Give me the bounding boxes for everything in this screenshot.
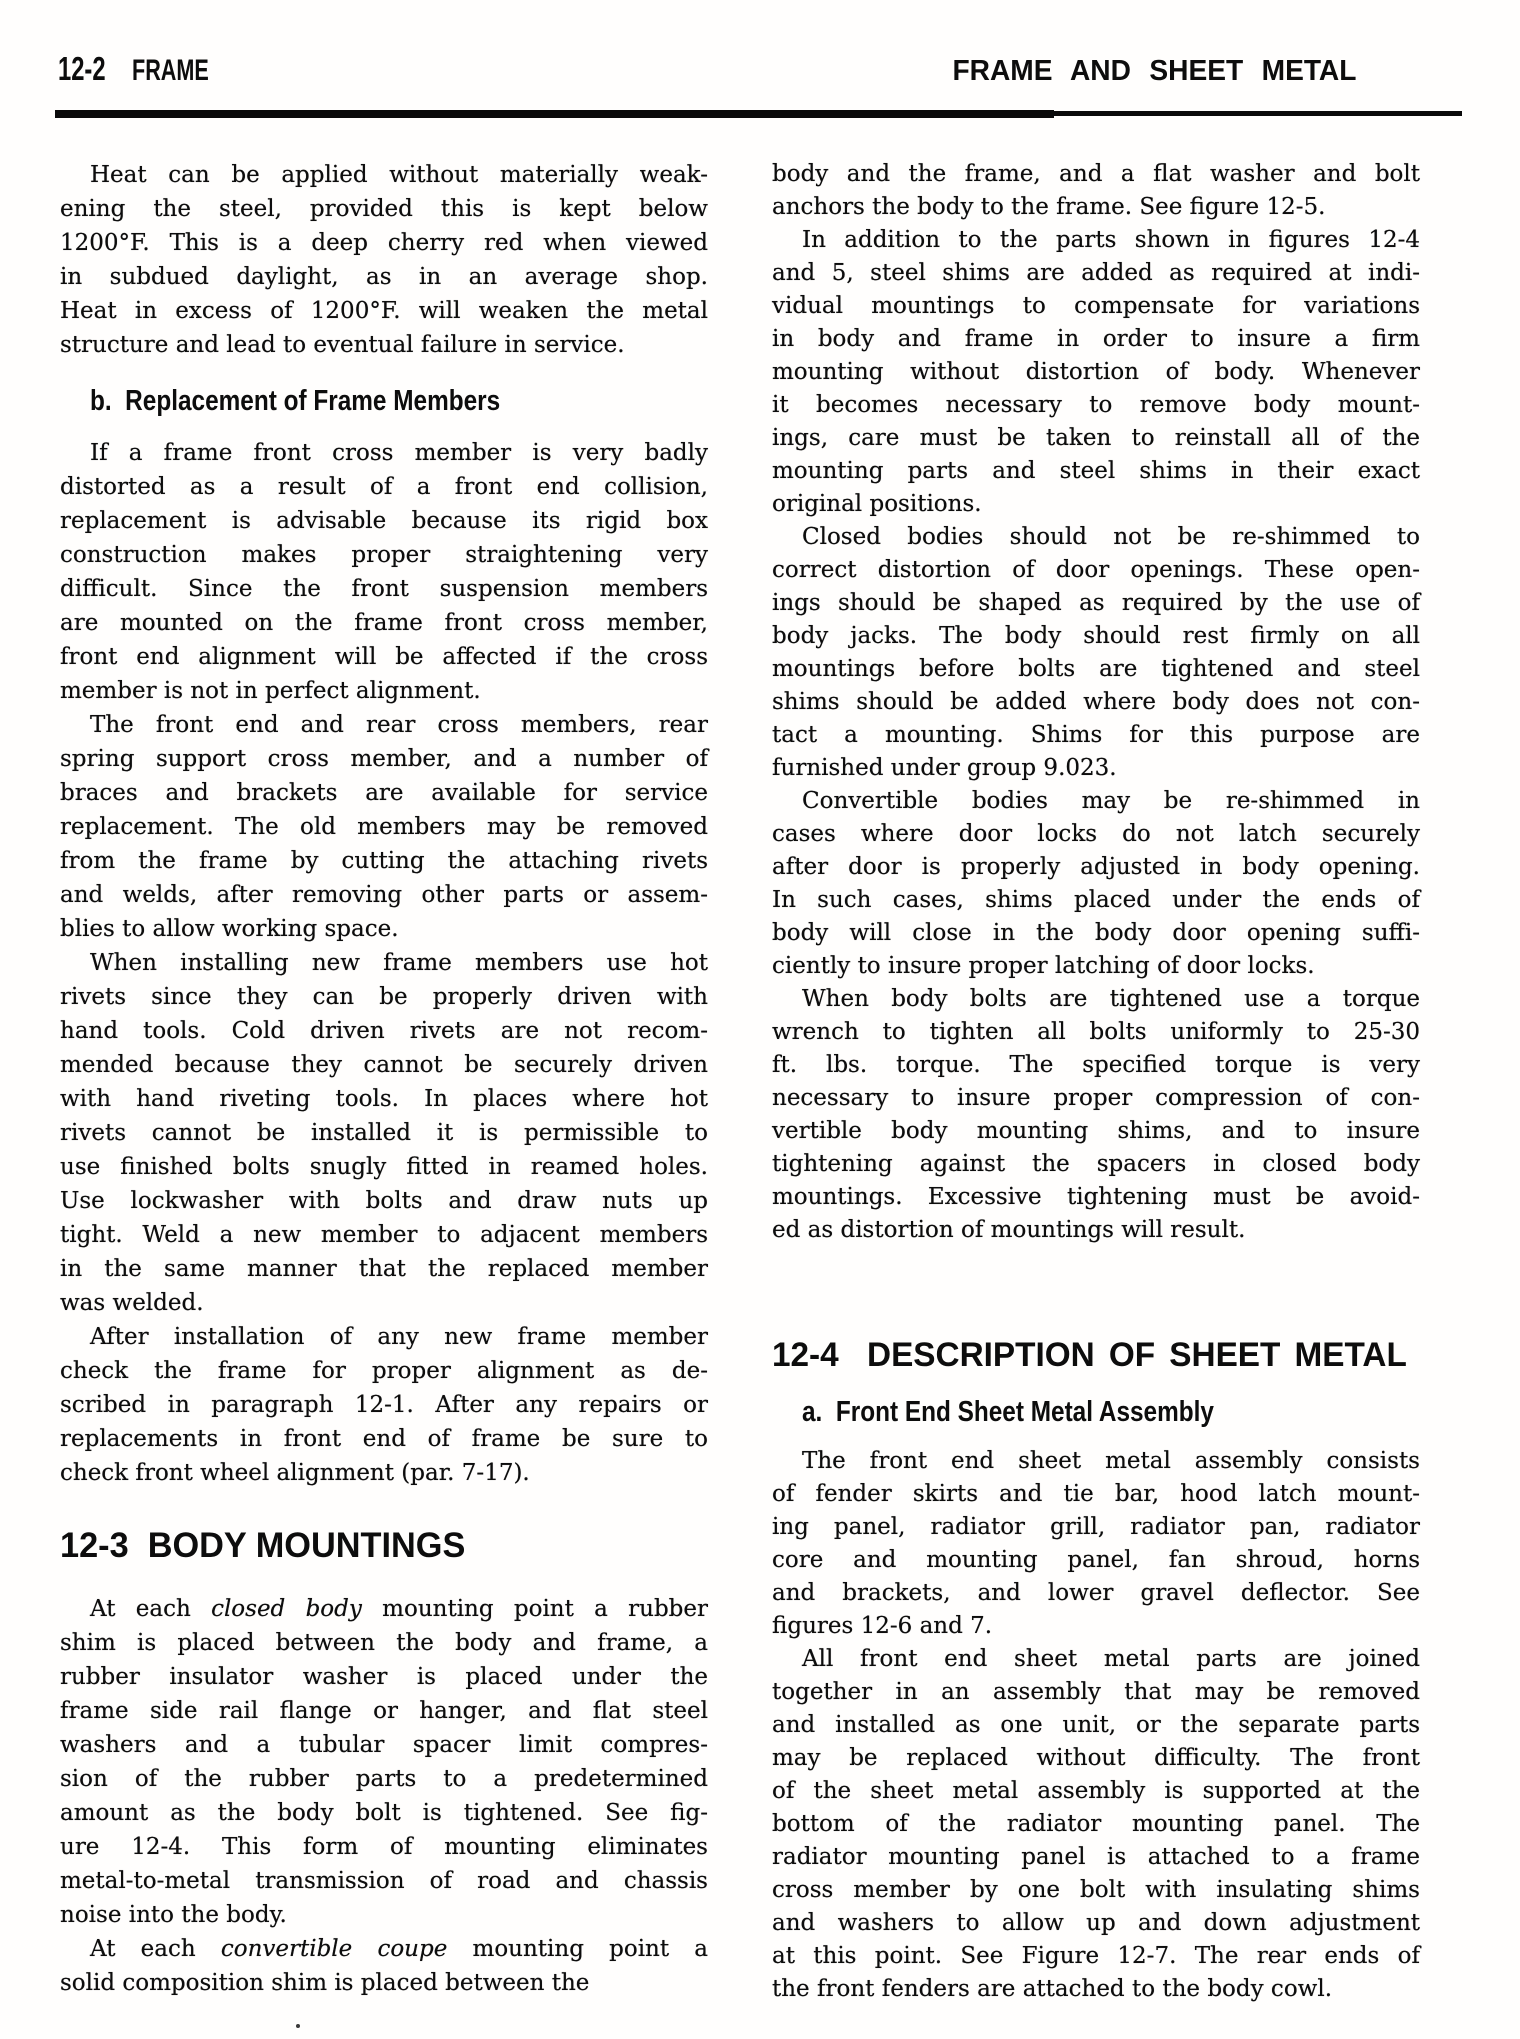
paragraph: The front end sheet metal assembly consi… xyxy=(772,1445,1420,1643)
text-line: ening the steel, provided this is kept b… xyxy=(60,192,708,226)
paragraph: When installing new frame members use ho… xyxy=(60,946,708,1320)
text-line: After installation of any new frame memb… xyxy=(60,1320,708,1354)
text-line: together in an assembly that may be remo… xyxy=(772,1676,1420,1709)
text-line: 1200°F. This is a deep cherry red when v… xyxy=(60,226,708,260)
page-section-number: 12-2 xyxy=(58,52,106,86)
text-line: from the frame by cutting the attaching … xyxy=(60,844,708,878)
text-line: radiator mounting panel is attached to a… xyxy=(772,1841,1420,1874)
text-line: wrench to tighten all bolts uniformly to… xyxy=(772,1016,1420,1049)
text-line: member is not in perfect alignment. xyxy=(60,674,708,708)
manual-page: 12-2 FRAME FRAME AND SHEET METAL Heat ca… xyxy=(0,0,1520,2039)
text-line: tight. Weld a new member to adjacent mem… xyxy=(60,1218,708,1252)
text-line: At each closed body mounting point a rub… xyxy=(60,1592,708,1626)
text-line: and installed as one unit, or the separa… xyxy=(772,1709,1420,1742)
text-line: in subdued daylight, as in an average sh… xyxy=(60,260,708,294)
text-line: solid composition shim is placed between… xyxy=(60,1966,708,2000)
text-line: with hand riveting tools. In places wher… xyxy=(60,1082,708,1116)
paragraph: All front end sheet metal parts are join… xyxy=(772,1643,1420,2006)
paragraph: Closed bodies should not be re-shimmed t… xyxy=(772,521,1420,785)
paragraph: In addition to the parts shown in figure… xyxy=(772,224,1420,521)
paragraph: Heat can be applied without materially w… xyxy=(60,158,708,362)
text-line: cases where door locks do not latch secu… xyxy=(772,818,1420,851)
text-line: body and the frame, and a flat washer an… xyxy=(772,158,1420,191)
text-line: body jacks. The body should rest firmly … xyxy=(772,620,1420,653)
header-rule-thin-segment xyxy=(1040,111,1462,116)
text-line: frame side rail flange or hanger, and fl… xyxy=(60,1694,708,1728)
text-line: At each convertible coupe mounting point… xyxy=(60,1932,708,1966)
text-line: ft. lbs. torque. The specified torque is… xyxy=(772,1049,1420,1082)
text-line: necessary to insure proper compression o… xyxy=(772,1082,1420,1115)
text-line: The front end sheet metal assembly consi… xyxy=(772,1445,1420,1478)
text-line: body will close in the body door opening… xyxy=(772,917,1420,950)
paragraph: If a frame front cross member is very ba… xyxy=(60,436,708,708)
italic-phrase: convertible coupe xyxy=(221,1936,448,1962)
text-line: bottom of the radiator mounting panel. T… xyxy=(772,1808,1420,1841)
text-line: Heat in excess of 1200°F. will weaken th… xyxy=(60,294,708,328)
text-line: construction makes proper straightening … xyxy=(60,538,708,572)
text-line: tightening against the spacers in closed… xyxy=(772,1148,1420,1181)
paragraph: Convertible bodies may be re-shimmed inc… xyxy=(772,785,1420,983)
text-line: the front fenders are attached to the bo… xyxy=(772,1973,1420,2006)
text-line: ciently to insure proper latching of doo… xyxy=(772,950,1420,983)
text-line: in body and frame in order to insure a f… xyxy=(772,323,1420,356)
text-line: it becomes necessary to remove body moun… xyxy=(772,389,1420,422)
chapter-running-title: FRAME AND SHEET METAL xyxy=(952,54,1356,88)
text-line: are mounted on the frame front cross mem… xyxy=(60,606,708,640)
text-line: shims should be added where body does no… xyxy=(772,686,1420,719)
text-line: may be replaced without difficulty. The … xyxy=(772,1742,1420,1775)
text-line: tact a mounting. Shims for this purpose … xyxy=(772,719,1420,752)
paragraph: The front end and rear cross members, re… xyxy=(60,708,708,946)
text-line: and brackets, and lower gravel deflector… xyxy=(772,1577,1420,1610)
text-line: spring support cross member, and a numbe… xyxy=(60,742,708,776)
text-line: core and mounting panel, fan shroud, hor… xyxy=(772,1544,1420,1577)
text-line: structure and lead to eventual failure i… xyxy=(60,328,708,362)
text-line: rivets cannot be installed it is permiss… xyxy=(60,1116,708,1150)
text-line: use finished bolts snugly fitted in ream… xyxy=(60,1150,708,1184)
text-line: mounting parts and steel shims in their … xyxy=(772,455,1420,488)
text-line: sion of the rubber parts to a predetermi… xyxy=(60,1762,708,1796)
text-line: figures 12-6 and 7. xyxy=(772,1610,1420,1643)
text-line: anchors the body to the frame. See figur… xyxy=(772,191,1420,224)
subsection-heading: b. Replacement of Frame Members xyxy=(90,386,609,416)
text-line: rubber insulator washer is placed under … xyxy=(60,1660,708,1694)
text-line: ure 12-4. This form of mounting eliminat… xyxy=(60,1830,708,1864)
text-line: The front end and rear cross members, re… xyxy=(60,708,708,742)
text-line: was welded. xyxy=(60,1286,708,1320)
text-line: and welds, after removing other parts or… xyxy=(60,878,708,912)
text-line: difficult. Since the front suspension me… xyxy=(60,572,708,606)
text-line: front end alignment will be affected if … xyxy=(60,640,708,674)
text-line: In addition to the parts shown in figure… xyxy=(772,224,1420,257)
text-line: All front end sheet metal parts are join… xyxy=(772,1643,1420,1676)
section-heading: 12-4 DESCRIPTION OF SHEET METAL xyxy=(772,1337,1407,1373)
text-line: mended because they cannot be securely d… xyxy=(60,1048,708,1082)
text-line: of the sheet metal assembly is supported… xyxy=(772,1775,1420,1808)
text-line: vertible body mounting shims, and to ins… xyxy=(772,1115,1420,1148)
text-line: braces and brackets are available for se… xyxy=(60,776,708,810)
text-line: If a frame front cross member is very ba… xyxy=(60,436,708,470)
text-line: When body bolts are tightened use a torq… xyxy=(772,983,1420,1016)
text-line: ings should be shaped as required by the… xyxy=(772,587,1420,620)
text-line: In such cases, shims placed under the en… xyxy=(772,884,1420,917)
text-line: blies to allow working space. xyxy=(60,912,708,946)
italic-phrase: closed body xyxy=(211,1596,362,1622)
text-line: rivets since they can be properly driven… xyxy=(60,980,708,1014)
text-line: Use lockwasher with bolts and draw nuts … xyxy=(60,1184,708,1218)
text-line: Heat can be applied without materially w… xyxy=(60,158,708,192)
text-line: check the frame for proper alignment as … xyxy=(60,1354,708,1388)
section-running-title: FRAME xyxy=(132,54,209,88)
text-line: vidual mountings to compensate for varia… xyxy=(772,290,1420,323)
text-line: cross member by one bolt with insulating… xyxy=(772,1874,1420,1907)
scan-speck-dot xyxy=(296,2024,300,2028)
text-line: distorted as a result of a front end col… xyxy=(60,470,708,504)
text-line: hand tools. Cold driven rivets are not r… xyxy=(60,1014,708,1048)
header-rule xyxy=(55,110,1462,120)
paragraph: At each convertible coupe mounting point… xyxy=(60,1932,708,2000)
header-rule-thick-segment xyxy=(55,110,1054,118)
text-line: replacement. The old members may be remo… xyxy=(60,810,708,844)
text-line: and washers to allow up and down adjustm… xyxy=(772,1907,1420,1940)
text-line: Convertible bodies may be re-shimmed in xyxy=(772,785,1420,818)
text-line: metal-to-metal transmission of road and … xyxy=(60,1864,708,1898)
text-line: replacements in front end of frame be su… xyxy=(60,1422,708,1456)
text-line: furnished under group 9.023. xyxy=(772,752,1420,785)
text-line: mounting without distortion of body. Whe… xyxy=(772,356,1420,389)
text-line: of fender skirts and tie bar, hood latch… xyxy=(772,1478,1420,1511)
text-line: in the same manner that the replaced mem… xyxy=(60,1252,708,1286)
text-line: washers and a tubular spacer limit compr… xyxy=(60,1728,708,1762)
paragraph: At each closed body mounting point a rub… xyxy=(60,1592,708,1932)
text-line: ing panel, radiator grill, radiator pan,… xyxy=(772,1511,1420,1544)
subsection-heading: a. Front End Sheet Metal Assembly xyxy=(802,1397,1321,1427)
text-line: mountings before bolts are tightened and… xyxy=(772,653,1420,686)
text-line: noise into the body. xyxy=(60,1898,708,1932)
text-line: ings, care must be taken to reinstall al… xyxy=(772,422,1420,455)
left-column: Heat can be applied without materially w… xyxy=(60,158,708,2006)
text-line: replacement is advisable because its rig… xyxy=(60,504,708,538)
text-line: at this point. See Figure 12-7. The rear… xyxy=(772,1940,1420,1973)
text-line: When installing new frame members use ho… xyxy=(60,946,708,980)
running-head: 12-2 FRAME FRAME AND SHEET METAL xyxy=(58,52,1462,88)
paragraph: body and the frame, and a flat washer an… xyxy=(772,158,1420,224)
text-line: after door is properly adjusted in body … xyxy=(772,851,1420,884)
text-line: correct distortion of door openings. The… xyxy=(772,554,1420,587)
text-line: Closed bodies should not be re-shimmed t… xyxy=(772,521,1420,554)
text-line: mountings. Excessive tightening must be … xyxy=(772,1181,1420,1214)
text-line: and 5, steel shims are added as required… xyxy=(772,257,1420,290)
right-column: body and the frame, and a flat washer an… xyxy=(772,158,1420,2006)
text-line: ed as distortion of mountings will resul… xyxy=(772,1214,1420,1247)
text-line: original positions. xyxy=(772,488,1420,521)
text-line: check front wheel alignment (par. 7-17). xyxy=(60,1456,708,1490)
text-line: scribed in paragraph 12-1. After any rep… xyxy=(60,1388,708,1422)
text-columns: Heat can be applied without materially w… xyxy=(60,158,1420,2006)
text-line: shim is placed between the body and fram… xyxy=(60,1626,708,1660)
paragraph: After installation of any new frame memb… xyxy=(60,1320,708,1490)
text-line: amount as the body bolt is tightened. Se… xyxy=(60,1796,708,1830)
section-heading: 12-3 BODY MOUNTINGS xyxy=(60,1528,695,1564)
paragraph: When body bolts are tightened use a torq… xyxy=(772,983,1420,1247)
